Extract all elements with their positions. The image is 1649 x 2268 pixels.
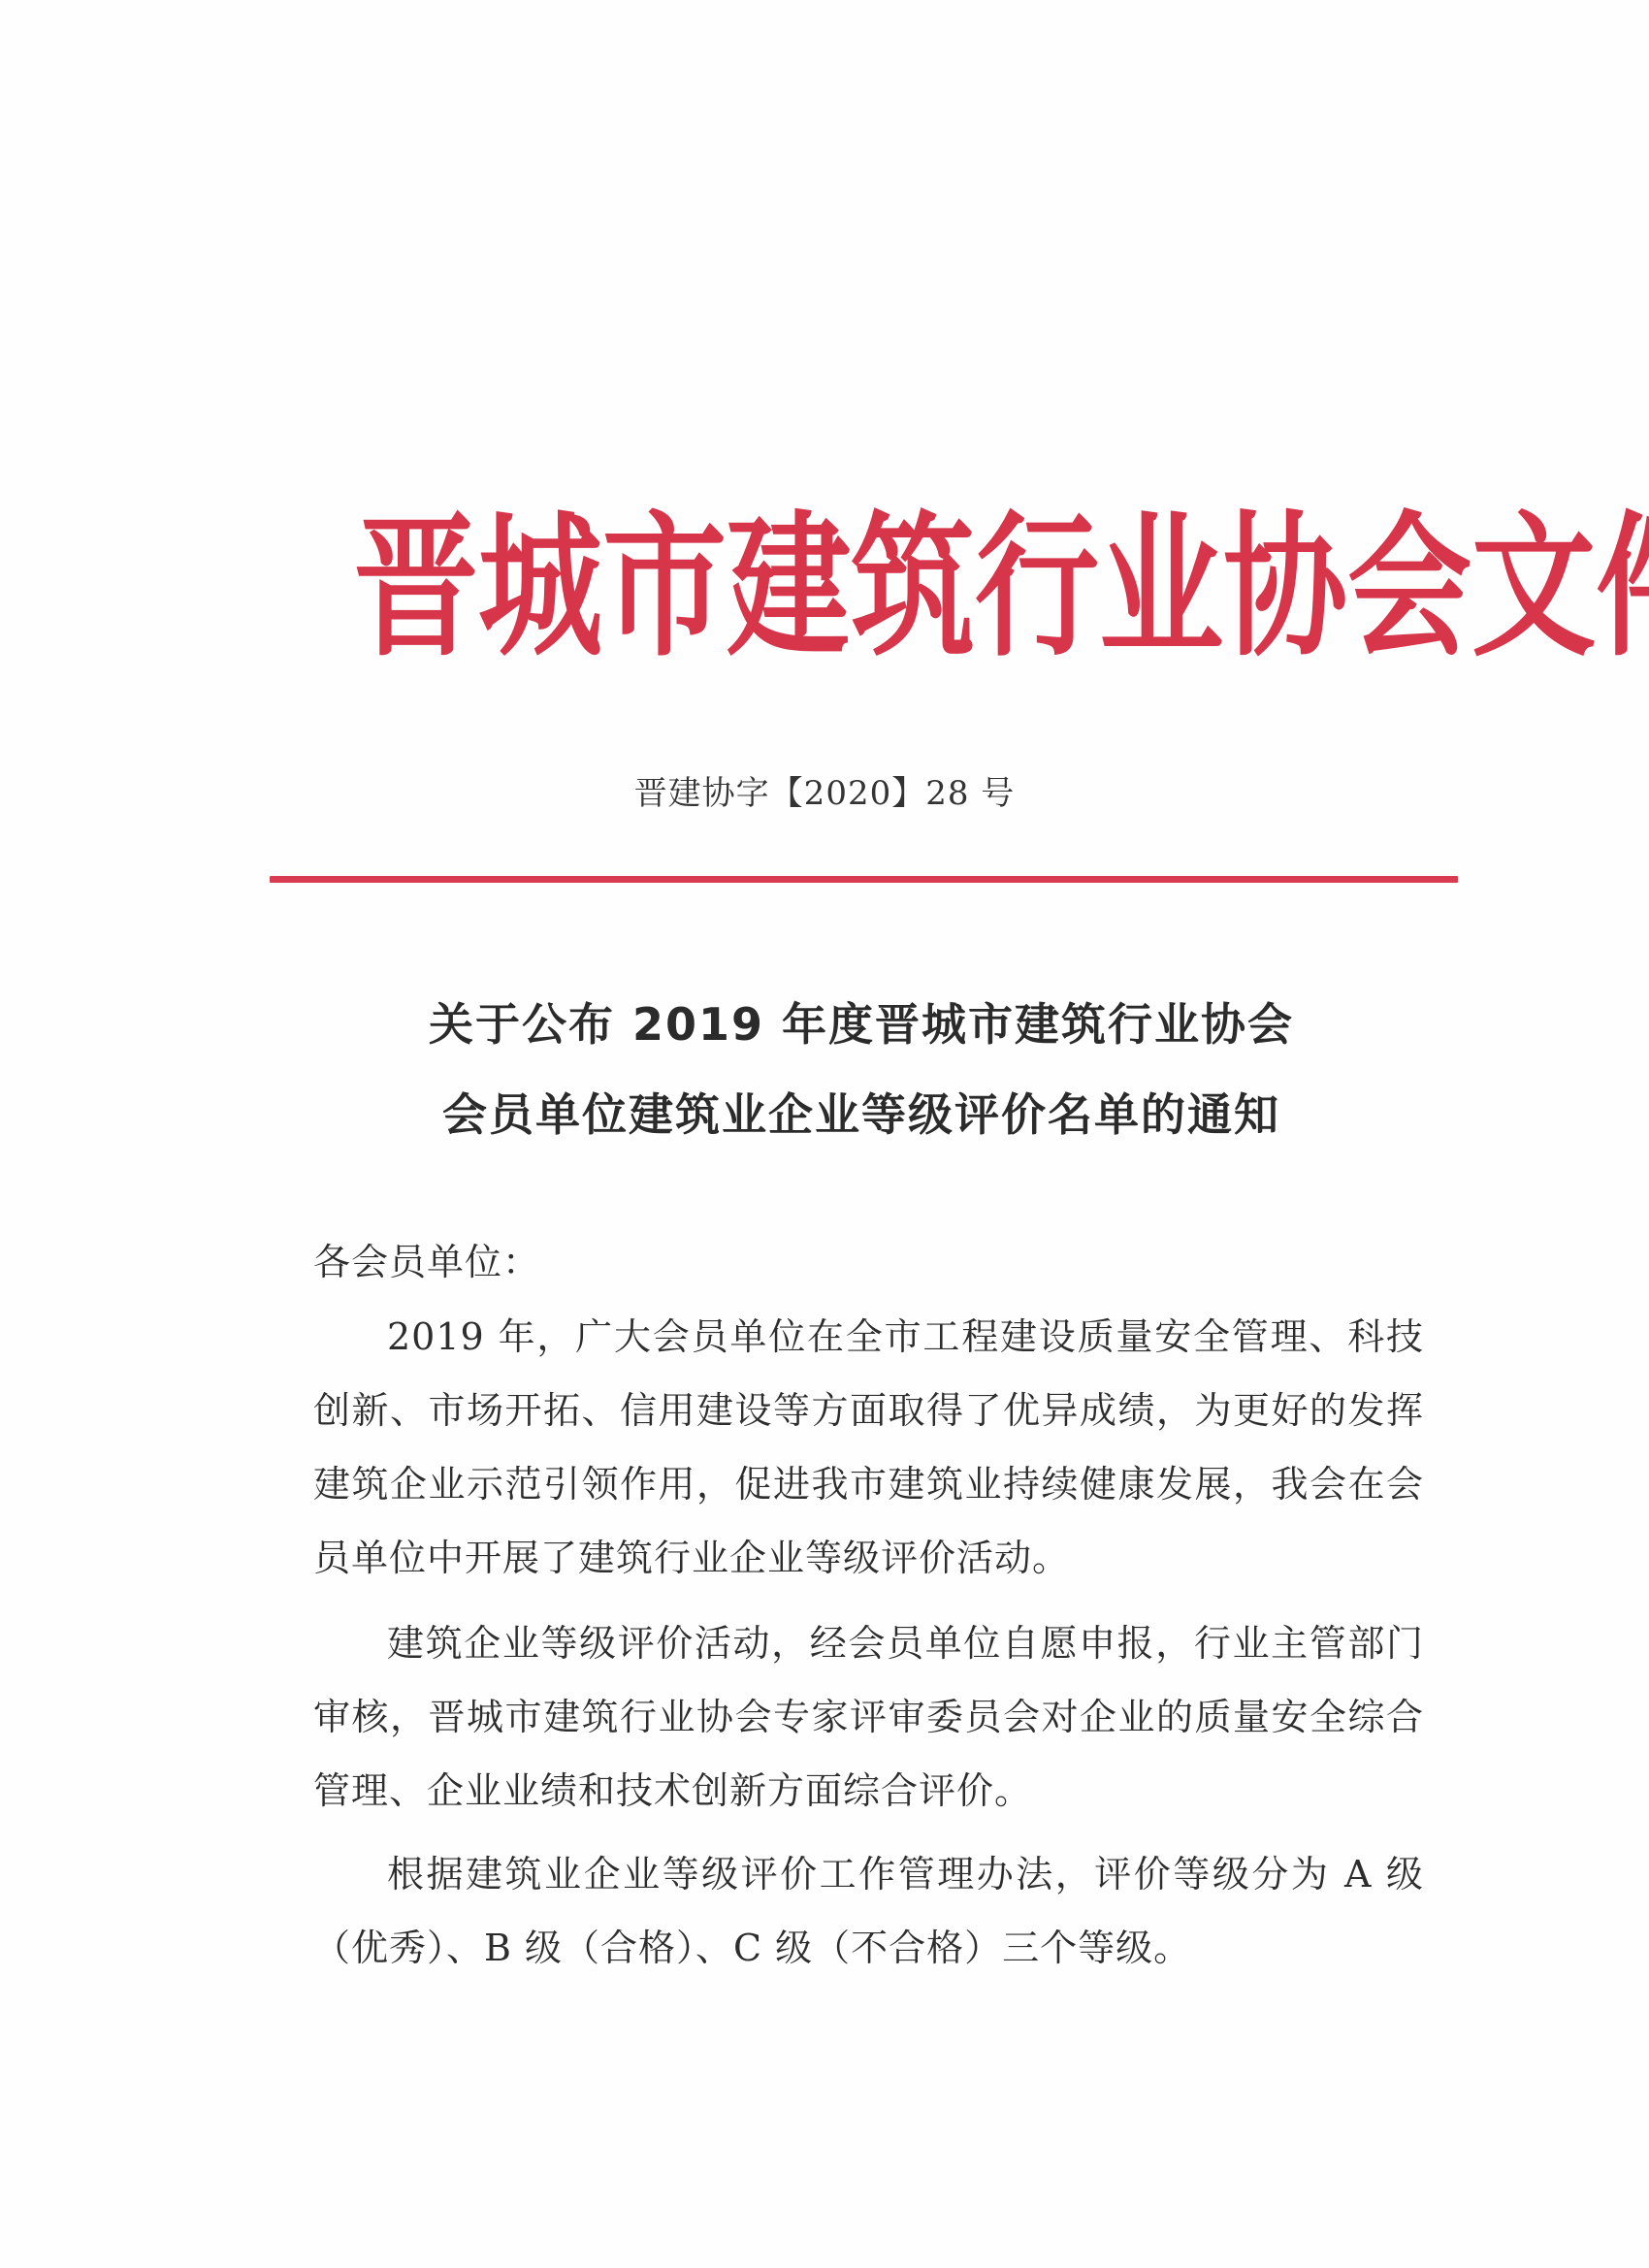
masthead-char: 行 (975, 511, 1099, 666)
body-paragraph-2: 建筑企业等级评价活动，经会员单位自愿申报，行业主管部门审核，晋城市建筑行业协会专… (313, 1606, 1424, 1828)
masthead-char: 件 (1596, 511, 1649, 666)
masthead-char: 协 (1223, 511, 1347, 666)
salutation: 各会员单位： (313, 1225, 1424, 1299)
notice-title-line-2: 会员单位建筑业企业等级评价名单的通知 (37, 1080, 1649, 1144)
masthead-char: 建 (727, 511, 851, 666)
body-paragraph-3: 根据建筑业企业等级评价工作管理办法，评价等级分为 A 级（优秀）、B 级（合格）… (313, 1837, 1424, 1985)
masthead-char: 市 (602, 511, 727, 666)
masthead-char: 会 (1347, 511, 1471, 666)
document-page: 晋 城 市 建 筑 行 业 协 会 文 件 晋建协字【2020】28 号 关于公… (0, 0, 1649, 2268)
masthead-char: 城 (478, 511, 602, 666)
body-paragraph-1: 2019 年，广大会员单位在全市工程建设质量安全管理、科技创新、市场开拓、信用建… (313, 1300, 1424, 1595)
red-divider-line (270, 876, 1458, 883)
masthead-char: 业 (1099, 511, 1223, 666)
masthead-char: 文 (1471, 511, 1596, 666)
masthead-title: 晋 城 市 建 筑 行 业 协 会 文 件 (354, 473, 1402, 704)
masthead-char: 晋 (354, 511, 478, 666)
masthead-char: 筑 (851, 511, 975, 666)
notice-title-line-1: 关于公布 2019 年度晋城市建筑行业协会 (37, 989, 1649, 1053)
document-number: 晋建协字【2020】28 号 (0, 766, 1649, 814)
